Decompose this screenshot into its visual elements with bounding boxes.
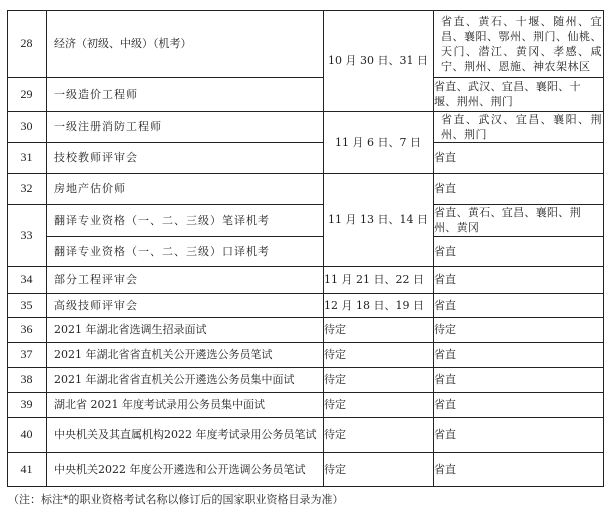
grid-line <box>7 77 323 78</box>
exam-date: 11 月 13 日、14 日 <box>323 173 433 266</box>
grid-line <box>433 142 604 143</box>
exam-date: 待定 <box>323 392 433 417</box>
exam-date: 待定 <box>323 317 433 342</box>
exam-location: 省直、武汉、宜昌、襄阳、十堰、荆州、荆门 <box>433 77 604 111</box>
exam-name: 翻译专业资格（一、二、三级）口译机考 <box>46 236 323 266</box>
row-number: 32 <box>7 173 46 204</box>
grid-line <box>7 452 604 453</box>
grid-line <box>433 77 604 78</box>
row-number: 30 <box>7 111 46 142</box>
row-number: 40 <box>7 417 46 452</box>
exam-name: 经济（初级、中级）（机考） <box>46 10 323 77</box>
exam-date: 10 月 30 日、31 日 <box>323 10 433 111</box>
exam-location: 省直 <box>433 452 604 487</box>
row-number: 28 <box>7 10 46 77</box>
exam-name: 中央机关及其直属机构2022 年度考试录用公务员笔试 <box>46 417 323 452</box>
grid-line <box>7 417 604 418</box>
exam-location: 省直 <box>433 236 604 266</box>
row-number: 35 <box>7 293 46 317</box>
exam-date: 12 月 18 日、19 日 <box>323 293 433 317</box>
exam-location: 省直、黄石、十堰、随州、宜昌、襄阳、鄂州、荆门、仙桃、天门、潜江、黄冈、孝感、咸… <box>433 10 604 77</box>
exam-location: 省直 <box>433 367 604 392</box>
grid-line <box>7 342 604 343</box>
exam-date: 待定 <box>323 417 433 452</box>
exam-name: 翻译专业资格（一、二、三级）笔译机考 <box>46 204 323 236</box>
row-number: 41 <box>7 452 46 487</box>
row-number: 37 <box>7 342 46 367</box>
exam-location: 省直 <box>433 293 604 317</box>
grid-line <box>7 204 323 205</box>
exam-location: 省直、黄石、宜昌、襄阳、荆州、黄冈 <box>433 204 604 236</box>
row-number: 38 <box>7 367 46 392</box>
exam-location: 待定 <box>433 317 604 342</box>
grid-line <box>7 111 604 112</box>
exam-date: 11 月 21 日、22 日 <box>323 266 433 293</box>
exam-date: 待定 <box>323 342 433 367</box>
exam-date: 待定 <box>323 452 433 487</box>
row-number: 39 <box>7 392 46 417</box>
exam-name: 中央机关2022 年度公开遴选和公开选调公务员笔试 <box>46 452 323 487</box>
exam-location: 省直 <box>433 392 604 417</box>
grid-line <box>46 236 323 237</box>
exam-name: 一级造价工程师 <box>46 77 323 111</box>
grid-line <box>7 293 604 294</box>
row-number: 34 <box>7 266 46 293</box>
grid-line <box>46 10 47 487</box>
exam-location: 省直 <box>433 142 604 173</box>
grid-line <box>7 317 604 318</box>
grid-line <box>433 204 604 205</box>
grid-line <box>7 392 604 393</box>
exam-name: 部分工程评审会 <box>46 266 323 293</box>
row-number: 33 <box>7 204 46 266</box>
grid-line <box>433 236 604 237</box>
exam-location: 省直、武汉、宜昌、襄阳、荆州、荆门 <box>433 111 604 142</box>
row-number: 29 <box>7 77 46 111</box>
exam-location: 省直 <box>433 342 604 367</box>
grid-line <box>7 173 604 174</box>
exam-name: 2021 年湖北省省直机关公开遴选公务员集中面试 <box>46 367 323 392</box>
exam-name: 2021 年湖北省省直机关公开遴选公务员笔试 <box>46 342 323 367</box>
row-number: 36 <box>7 317 46 342</box>
grid-line <box>7 266 604 267</box>
grid-line <box>7 142 323 143</box>
exam-date: 11 月 6 日、7 日 <box>323 111 433 173</box>
exam-date: 待定 <box>323 367 433 392</box>
exam-name: 房地产估价师 <box>46 173 323 204</box>
exam-location: 省直 <box>433 173 604 204</box>
exam-location: 省直 <box>433 417 604 452</box>
footnote: （注：标注*的职业资格考试名称以修订后的国家职业资格目录为准） <box>8 491 344 507</box>
exam-name: 2021 年湖北省选调生招录面试 <box>46 317 323 342</box>
exam-location: 省直 <box>433 266 604 293</box>
exam-name: 高级技师评审会 <box>46 293 323 317</box>
grid-line <box>433 10 434 487</box>
row-number: 31 <box>7 142 46 173</box>
exam-name: 湖北省 2021 年度考试录用公务员集中面试 <box>46 392 323 417</box>
grid-line <box>7 367 604 368</box>
exam-name: 技校教师评审会 <box>46 142 323 173</box>
exam-name: 一级注册消防工程师 <box>46 111 323 142</box>
grid-line <box>323 10 324 487</box>
